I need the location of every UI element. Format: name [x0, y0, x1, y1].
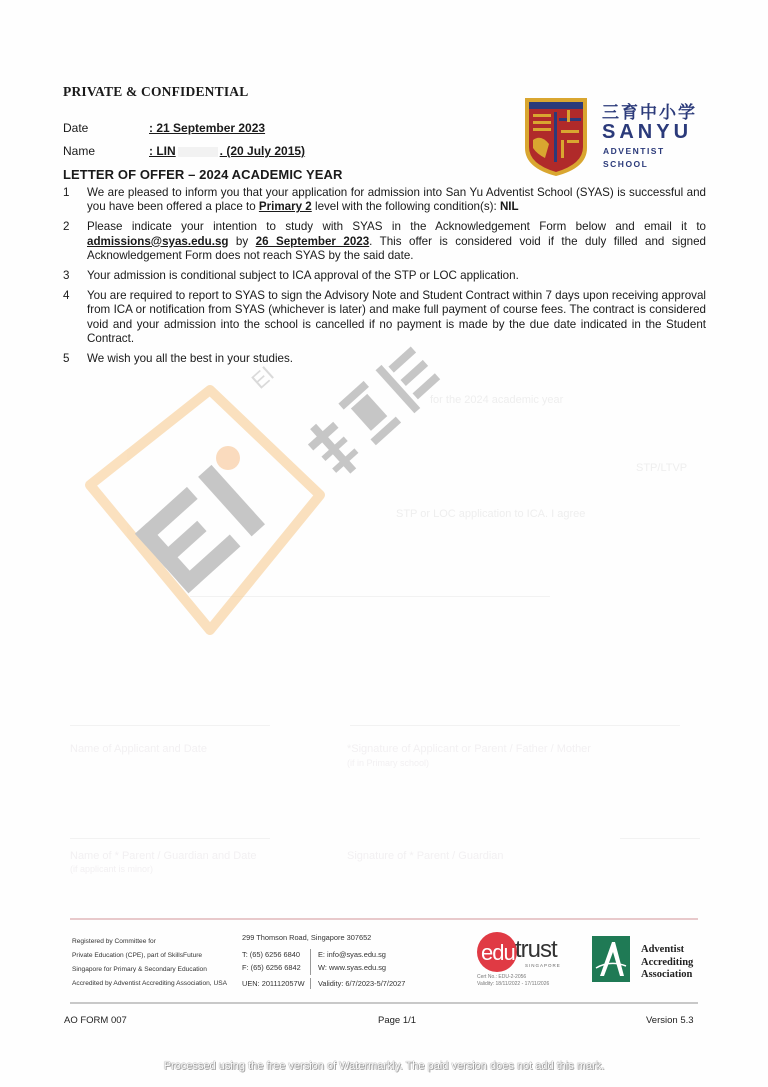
school-crest-icon — [523, 96, 589, 178]
footer-separator — [310, 949, 311, 975]
redacted-name — [178, 147, 218, 157]
letter-title: LETTER OF OFFER – 2024 ACADEMIC YEAR — [63, 167, 343, 182]
footer-email[interactable]: E: info@syas.edu.sg — [318, 950, 386, 959]
signature-line-applicant — [70, 725, 270, 726]
offer-term-text: We wish you all the best in your studies… — [87, 352, 706, 366]
aaa-letter-a-icon — [592, 936, 630, 982]
offer-term-number: 1 — [63, 186, 87, 214]
term-text: NIL — [500, 200, 519, 213]
label-applicant-signature: *Signature of Applicant or Parent / Fath… — [347, 743, 591, 755]
emphasis-text[interactable]: admissions@syas.edu.sg — [87, 235, 228, 248]
footer-address: 299 Thomson Road, Singapore 307652 — [242, 933, 371, 942]
name-value-prefix: : LIN — [149, 144, 176, 158]
form-version: Version 5.3 — [646, 1015, 694, 1026]
edutrust-trust: trust — [515, 936, 557, 964]
emphasis-text: Primary 2 — [259, 200, 312, 213]
signature-line-guardian-right — [620, 838, 700, 839]
offer-term-text: Your admission is conditional subject to… — [87, 269, 706, 283]
school-name-line1: ADVENTIST — [603, 146, 665, 156]
offer-term-text: Please indicate your intention to study … — [87, 220, 706, 263]
edutrust-validity: Validity: 18/11/2022 - 17/11/2026 — [477, 981, 549, 988]
offer-term-number: 3 — [63, 269, 87, 283]
footer-accreditation-line: Registered by Committee for — [72, 935, 227, 949]
emphasis-text: 26 September 2023 — [256, 235, 370, 248]
aaa-name: Adventist Accrediting Association — [641, 944, 693, 982]
name-row: Name: LIN. (20 July 2015) — [63, 144, 305, 158]
name-value-suffix: . (20 July 2015) — [220, 144, 305, 158]
footer-accreditation-line: Accredited by Adventist Accrediting Asso… — [72, 977, 227, 991]
offer-term-item: 2Please indicate your intention to study… — [63, 220, 706, 263]
footer-uen: UEN: 201112057W — [242, 979, 305, 988]
aaa-line2: Accrediting — [641, 957, 693, 970]
faded-fragment-ica: STP or LOC application to ICA. I agree — [396, 508, 585, 520]
offer-term-text: You are required to report to SYAS to si… — [87, 289, 706, 346]
footer-fax: F: (65) 6256 6842 — [242, 963, 301, 972]
offer-term-number: 2 — [63, 220, 87, 263]
footer-tel: T: (65) 6256 6840 — [242, 950, 300, 959]
confidential-heading: PRIVATE & CONFIDENTIAL — [63, 84, 248, 100]
footer-divider-bottom — [70, 1002, 698, 1004]
term-text: Please indicate your intention to study … — [87, 220, 706, 233]
term-text: You are required to report to SYAS to si… — [87, 289, 706, 345]
school-name-chinese: 三育中小学 — [602, 98, 697, 123]
label-guardian-signature: Signature of * Parent / Guardian — [347, 850, 504, 862]
page-number: Page 1/1 — [378, 1015, 416, 1026]
school-logo: 三育中小学 SANYU ADVENTIST SCHOOL — [523, 96, 701, 178]
signature-line-guardian — [70, 838, 270, 839]
offer-term-number: 4 — [63, 289, 87, 346]
ei-watermark-icon: EI — [60, 330, 620, 650]
label-applicant-signature-note: (if in Primary school) — [347, 758, 429, 768]
faded-fragment-year: for the 2024 academic year — [430, 394, 563, 406]
edutrust-cert-no: Cert No.: EDU-2-2056 — [477, 974, 549, 981]
date-row: Date: 21 September 2023 — [63, 121, 265, 135]
edutrust-logo: edu trust SINGAPORE Cert No.: EDU-2-2056… — [475, 932, 570, 990]
edutrust-edu: edu — [481, 940, 515, 966]
edutrust-cert: Cert No.: EDU-2-2056 Validity: 18/11/202… — [477, 974, 549, 988]
faded-line — [190, 596, 550, 597]
offer-terms-list: 1We are pleased to inform you that your … — [63, 186, 706, 372]
aaa-line1: Adventist — [641, 944, 693, 957]
footer-accreditation-text: Registered by Committee forPrivate Educa… — [72, 935, 227, 991]
signature-line-parent — [350, 725, 680, 726]
term-text: level with the following condition(s): — [312, 200, 500, 213]
date-label: Date — [63, 121, 149, 135]
footer-accreditation-line: Singapore for Primary & Secondary Educat… — [72, 963, 227, 977]
school-name: SANYU — [602, 121, 692, 144]
offer-term-item: 5We wish you all the best in your studie… — [63, 352, 706, 366]
term-text: Your admission is conditional subject to… — [87, 269, 519, 282]
footer-accreditation-line: Private Education (CPE), part of SkillsF… — [72, 949, 227, 963]
label-applicant-name-date: Name of Applicant and Date — [70, 743, 207, 755]
watermarkly-note: Processed using the free version of Wate… — [0, 1060, 768, 1072]
aaa-line3: Association — [641, 969, 693, 982]
aaa-logo: Adventist Accrediting Association — [592, 936, 712, 986]
faded-fragment-stp: STP/LTVP — [636, 462, 687, 474]
footer-website[interactable]: W: www.syas.edu.sg — [318, 963, 386, 972]
label-guardian-note: (if applicant is minor) — [70, 864, 153, 874]
term-text: by — [228, 235, 255, 248]
offer-term-text: We are pleased to inform you that your a… — [87, 186, 706, 214]
footer-separator — [310, 978, 311, 989]
form-code: AO FORM 007 — [64, 1015, 127, 1026]
offer-term-item: 4You are required to report to SYAS to s… — [63, 289, 706, 346]
offer-term-number: 5 — [63, 352, 87, 366]
date-value: : 21 September 2023 — [149, 121, 265, 135]
label-guardian-name-date: Name of * Parent / Guardian and Date — [70, 850, 257, 862]
footer-divider-top — [70, 918, 698, 920]
edutrust-country: SINGAPORE — [525, 963, 561, 968]
name-label: Name — [63, 144, 149, 158]
term-text: We wish you all the best in your studies… — [87, 352, 293, 365]
offer-term-item: 1We are pleased to inform you that your … — [63, 186, 706, 214]
footer-validity: Validity: 6/7/2023-5/7/2027 — [318, 979, 405, 988]
school-name-line2: SCHOOL — [603, 159, 648, 169]
offer-term-item: 3Your admission is conditional subject t… — [63, 269, 706, 283]
